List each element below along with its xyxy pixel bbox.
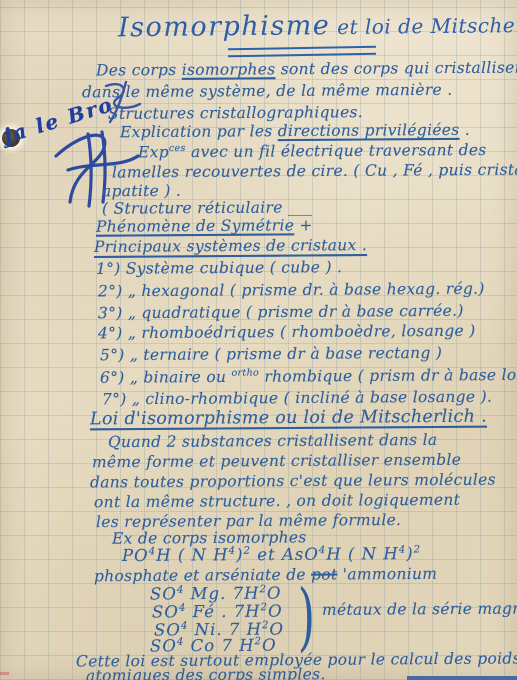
handwritten-line: apatite ) . (102, 182, 181, 201)
text-segment: . (459, 121, 470, 139)
text-segment: sont des corps qui cristallisent (275, 58, 517, 78)
notebook-page: Isomorphisme et loi de Mitscherlich ja l… (0, 0, 517, 680)
handwritten-line: 7°) „ clino-rhombique ( incliné à base l… (102, 388, 492, 409)
handwritten-line: SO4 Fé . 7H2O (152, 602, 283, 622)
text-segment: dans le même système, de la même manière… (82, 81, 453, 102)
handwritten-line: Principaux systèmes de cristaux . (94, 236, 367, 256)
text-segment: Mg. 7H (184, 584, 259, 604)
text-segment: O (267, 584, 282, 603)
handwritten-line: atomiques des corps simples. (86, 665, 326, 680)
text-segment: 1°) Système cubique ( cube ) . (96, 258, 342, 278)
title-main: Isomorphisme (118, 10, 331, 43)
title-double-underline (228, 46, 376, 58)
handwritten-line: SO4 Mg. 7H2O (150, 584, 282, 604)
small-red-mark (0, 672, 9, 675)
handwritten-line: Phénomène de Symétrie + (96, 216, 313, 236)
text-segment: 6°) „ binaire ou (100, 368, 232, 387)
text-segment: apatite ) . (102, 182, 181, 201)
text-segment: PO (122, 546, 149, 565)
text-segment: ont la même structure. , on doit logique… (94, 491, 460, 512)
text-segment: H ( N H (156, 545, 229, 565)
handwritten-line: 2°) „ hexagonal ( prisme dr. à base hexa… (98, 280, 485, 301)
text-segment: Structures cristallographiques. (108, 103, 363, 123)
text-segment: Principaux systèmes de cristaux . (94, 236, 367, 256)
text-segment: Exp (138, 143, 169, 161)
text-segment: 7°) „ clino-rhombique ( incliné à base l… (102, 388, 492, 409)
handwritten-line: 1°) Système cubique ( cube ) . (96, 258, 342, 278)
text-segment: lamelles recouvertes de cire. ( Cu , Fé … (112, 161, 517, 182)
grouping-brace: ) (298, 574, 315, 660)
text-segment: ) (406, 544, 414, 563)
page-title: Isomorphisme et loi de Mitscherlich (118, 8, 517, 44)
handwritten-line: Explication par les directions privilégi… (120, 121, 470, 141)
text-segment: + (294, 216, 313, 234)
text-segment: ortho (231, 368, 259, 379)
handwritten-line: dans le même système, de la même manière… (82, 81, 453, 102)
text-segment: pot (311, 565, 338, 583)
text-segment: rhombique ( prism dr à base losange) (259, 366, 517, 386)
text-segment: 2 (254, 636, 262, 647)
text-segment: ces (169, 143, 186, 154)
text-segment: 2 (243, 546, 251, 557)
text-segment: dans toutes proportions c'est que leurs … (90, 471, 496, 492)
text-segment: métaux de la série magnésienne (322, 599, 517, 619)
text-segment: 4°) „ rhomboédriques ( rhomboèdre, losan… (98, 322, 476, 343)
text-segment: Quand 2 substances cristallisent dans la (108, 431, 438, 451)
handwritten-line: 6°) „ binaire ou ortho rhombique ( prism… (100, 365, 517, 386)
text-segment: Explication par les (120, 122, 278, 141)
text-segment: 5°) „ ternaire ( prisme dr à base rectan… (100, 344, 442, 364)
handwritten-line: 4°) „ rhomboédriques ( rhomboèdre, losan… (98, 322, 476, 343)
text-segment: isomorphes (182, 60, 276, 79)
handwritten-line: Structures cristallographiques. (108, 103, 363, 123)
handwritten-line: Loi d'isomorphisme ou loi de Mitscherlic… (90, 407, 487, 430)
text-segment: 4 (228, 546, 236, 557)
handwritten-line: lamelles recouvertes de cire. ( Cu , Fé … (112, 161, 517, 182)
handwritten-line: même forme et peuvent cristalliser ensem… (92, 451, 461, 472)
text-segment: ( Structure réticulaire ___ (102, 198, 312, 217)
text-segment: Des corps (96, 61, 182, 80)
text-segment: SO (150, 584, 177, 603)
next-page-edge (407, 676, 517, 680)
handwritten-line: métaux de la série magnésienne (322, 599, 517, 619)
text-segment: SO (152, 602, 179, 621)
text-segment: 3°) „ quadratique ( prisme dr à base car… (98, 302, 464, 323)
text-segment: Fé . 7H (186, 602, 260, 622)
text-segment: H ( N H (326, 544, 399, 564)
text-segment: O (268, 602, 283, 621)
text-segment: 'ammonium (337, 565, 437, 584)
handwritten-line: Des corps isomorphes sont des corps qui … (96, 58, 517, 79)
text-segment: 2 (259, 584, 267, 595)
text-segment: phosphate et arséniate de (94, 566, 311, 586)
handwritten-line: phosphate et arséniate de pot 'ammonium (94, 565, 437, 585)
text-segment: Loi d'isomorphisme ou loi de Mitscherlic… (90, 407, 487, 430)
text-segment: avec un fil électrique traversant des (186, 141, 487, 161)
handwritten-line: ( Structure réticulaire ___ (102, 198, 312, 217)
handwritten-line: ont la même structure. , on doit logique… (94, 491, 460, 512)
handwritten-line: dans toutes proportions c'est que leurs … (90, 471, 496, 492)
handwritten-line: 3°) „ quadratique ( prisme dr à base car… (98, 302, 464, 323)
text-segment: même forme et peuvent cristalliser ensem… (92, 451, 461, 472)
text-segment: directions privilégiées (278, 121, 460, 140)
text-segment: Phénomène de Symétrie (96, 216, 294, 235)
text-segment: atomiques des corps simples. (86, 665, 326, 680)
handwritten-line: 5°) „ ternaire ( prisme dr à base rectan… (100, 344, 442, 364)
handwritten-line: PO4H ( N H4)2 et AsO4H ( N H4)2 (122, 544, 421, 565)
text-segment: et AsO (251, 545, 319, 564)
text-segment: ) (236, 545, 244, 564)
handwritten-line: Expces avec un fil électrique traversant… (138, 141, 487, 162)
text-segment: 2 (414, 544, 422, 555)
title-rest: et loi de Mitscherlich (330, 13, 517, 39)
handwritten-line: Quand 2 substances cristallisent dans la (108, 431, 438, 451)
text-segment: 2°) „ hexagonal ( prisme dr. à base hexa… (98, 280, 485, 301)
text-segment: 2 (260, 602, 268, 613)
